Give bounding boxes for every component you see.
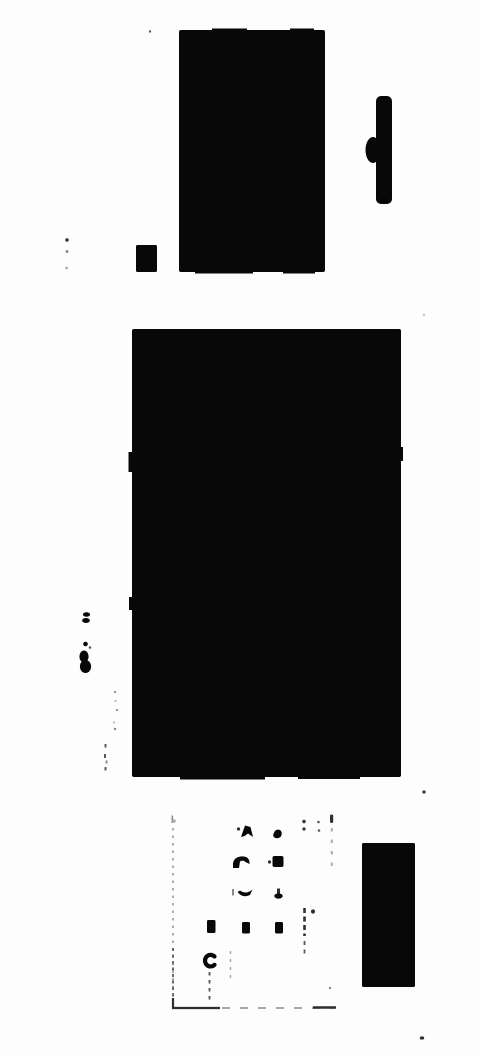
top-panel-ragged-edge bbox=[290, 29, 314, 33]
ink-blob-part bbox=[89, 646, 92, 649]
stray-speck bbox=[422, 790, 425, 793]
ink-blob-part bbox=[83, 642, 88, 647]
ink-dot bbox=[317, 821, 320, 824]
ink-square bbox=[207, 920, 216, 933]
ink-blob bbox=[274, 893, 282, 898]
middle-panel-ragged-edge bbox=[298, 776, 360, 780]
ink-dash bbox=[330, 815, 333, 824]
page-canvas bbox=[0, 0, 480, 1056]
ink-blob-part bbox=[80, 660, 91, 673]
faint-dot bbox=[172, 819, 176, 823]
ink-dot bbox=[302, 820, 305, 823]
bottom-right-block bbox=[362, 843, 415, 987]
middle-panel-ragged-edge bbox=[129, 452, 134, 472]
faint-dot bbox=[116, 709, 118, 711]
top-small-square-block bbox=[136, 245, 157, 272]
ink-square bbox=[275, 922, 283, 934]
ink-blob bbox=[273, 856, 284, 867]
stray-speck bbox=[149, 30, 151, 32]
faint-dot bbox=[113, 722, 115, 724]
ink-dot bbox=[311, 909, 315, 913]
faint-dot bbox=[114, 728, 116, 730]
left-dot bbox=[65, 238, 68, 241]
faint-dot bbox=[329, 987, 331, 989]
ink-dash bbox=[105, 744, 107, 748]
faint-dot bbox=[115, 700, 117, 702]
ink-dash bbox=[104, 754, 106, 758]
top-panel-block bbox=[179, 30, 325, 272]
stray-speck bbox=[423, 314, 425, 316]
middle-panel-ragged-edge bbox=[180, 776, 265, 780]
ink-dash bbox=[232, 889, 234, 896]
ink-dash bbox=[105, 767, 107, 771]
ink-dot bbox=[268, 860, 271, 863]
top-side-band-bump bbox=[366, 137, 381, 163]
ink-blob-part bbox=[83, 612, 90, 617]
top-panel-ragged-edge bbox=[195, 269, 253, 274]
middle-panel-ragged-edge bbox=[129, 597, 133, 610]
ink-dash bbox=[106, 761, 108, 764]
scanned-page bbox=[0, 0, 480, 1056]
middle-panel-block bbox=[132, 329, 401, 777]
ink-dot bbox=[302, 827, 305, 830]
ink-dot bbox=[318, 829, 321, 832]
middle-panel-ragged-edge bbox=[400, 447, 403, 461]
ink-dot bbox=[237, 827, 240, 830]
ink-blob-part bbox=[82, 618, 90, 623]
stray-speck bbox=[420, 1036, 424, 1039]
ink-square bbox=[242, 922, 250, 934]
faint-dot bbox=[114, 691, 116, 693]
left-dot bbox=[65, 267, 68, 270]
top-panel-ragged-edge bbox=[212, 29, 247, 33]
left-dot bbox=[66, 250, 69, 253]
top-panel-ragged-edge bbox=[283, 270, 315, 274]
